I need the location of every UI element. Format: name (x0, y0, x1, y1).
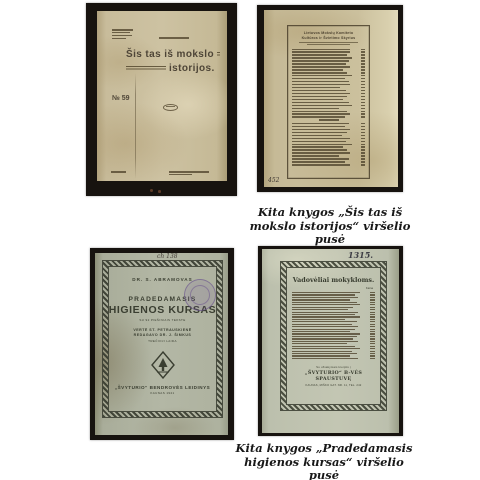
list-separator (319, 119, 339, 120)
booklist-row (292, 66, 365, 68)
booklist-row (292, 135, 365, 137)
booklist-row (292, 99, 365, 101)
booklist-row (292, 319, 375, 320)
title-rule-lines-left (126, 66, 166, 71)
booklist-row (292, 343, 375, 344)
book2-translator: VERTĖ ST. PETRAUSKIENĖ (108, 328, 217, 332)
author-line (159, 37, 189, 40)
scan-book1-front-cover: Šis tas iš mokslo istorijos. № 59 (86, 3, 237, 196)
booklist-row (292, 132, 365, 134)
booklist-row (292, 102, 365, 104)
booklist-row (292, 355, 375, 356)
booklist-row (292, 93, 365, 95)
illegible-text-line (112, 32, 130, 34)
price-note-line (111, 171, 126, 174)
booklist-row (292, 338, 375, 339)
booklist-row (292, 57, 365, 59)
handwritten-number-1315: 1315. (348, 250, 373, 260)
booklist-row (292, 307, 375, 308)
handwritten-note: ch 138 (157, 253, 178, 260)
book1-title-line2: istorijos. (126, 63, 220, 74)
title-rule-lines-right (217, 52, 220, 57)
booklist-row (292, 164, 365, 166)
book1-front-paper: Šis tas iš mokslo istorijos. № 59 (97, 11, 227, 181)
booklist-row (292, 309, 375, 310)
booklist-row (292, 146, 365, 148)
booklist-row (292, 331, 375, 332)
booklist-row (292, 96, 365, 98)
book1-title-text2: istorijos. (169, 63, 215, 74)
book1-title-line1: Šis tas iš mokslo (126, 49, 220, 60)
subheader-line (307, 44, 349, 45)
booklist-row (292, 326, 375, 327)
illegible-text-line (112, 35, 132, 37)
staple-mark (158, 190, 161, 193)
booklist-rows (292, 292, 375, 359)
booklist-row (292, 336, 375, 337)
illegible-text-line (112, 38, 126, 40)
booklist-row (292, 152, 365, 154)
booklist-header: Vadovėliai mokykloms. (286, 276, 381, 284)
booklist-row (292, 312, 375, 313)
booklist-row (292, 149, 365, 151)
booklist-row (292, 63, 365, 65)
booklist-row (292, 90, 365, 92)
booklist-row (292, 346, 375, 347)
scanned-document-page: Šis tas iš mokslo istorijos. № 59 Lietuv… (0, 0, 480, 480)
booklist-row (292, 292, 375, 293)
caption-top-line2: mokslo istorijos“ viršelio pusė (240, 220, 420, 247)
ornamental-frame: DR. S. ABRAMOVAS PRADEDAMASIS HIGIENOS K… (103, 261, 222, 417)
booklist-row (292, 321, 375, 322)
booklist-row (292, 302, 375, 303)
book2-subtitle: SU 92 PIEŠINIAIS TEKSTE (108, 318, 217, 322)
booklist-row (292, 123, 365, 125)
catalog-header-line2: Kultūros ir Švietimo Skyrius (288, 36, 369, 41)
publisher-lines (169, 171, 209, 177)
book2-publisher: „ŠVYTURIO“ BENDROVĖS LEIDINYS (108, 385, 217, 390)
booklist-row (292, 324, 375, 325)
illegible-text-line (169, 174, 192, 176)
book2-editor: REDAGAVO DR. J. ŠIMKUS (108, 333, 217, 337)
contact-line1: Su užsakymais kreiptis į (286, 365, 381, 369)
booklist-row (292, 341, 375, 342)
booklist-row (292, 75, 365, 77)
contact-line2: „ŠVYTURIO“ B-VĖS SPAUSTUVĘ (286, 370, 381, 382)
booklist-row (292, 358, 375, 359)
booklist-row (292, 314, 375, 315)
booklist-row (292, 81, 365, 83)
booklist-row (292, 105, 365, 107)
book1-title-text1: Šis tas iš mokslo (126, 49, 214, 60)
svyturys-logo-icon (151, 351, 175, 379)
booklist-row (292, 141, 365, 143)
booklist-row (292, 353, 375, 354)
catalog-list-section1 (292, 48, 365, 117)
booklist-row (292, 351, 375, 352)
booklist-row (292, 116, 365, 118)
booklist-row (292, 78, 365, 80)
booklist-row (292, 299, 375, 300)
booklist-row (292, 69, 365, 71)
booklist-row (292, 60, 365, 62)
book2-edition: TREČIOJI LAIDA (108, 339, 217, 343)
series-note-lines (112, 29, 133, 41)
illegible-text-line (112, 29, 133, 31)
booklist-row (292, 110, 365, 112)
book2-front-paper: ch 138 DR. S. ABRAMOVAS PRADEDAMASIS HIG… (95, 253, 228, 435)
booklist-row (292, 84, 365, 86)
illegible-text-line (111, 171, 126, 173)
scan-book2-front-cover: ch 138 DR. S. ABRAMOVAS PRADEDAMASIS HIG… (90, 248, 234, 440)
illegible-text-line (169, 171, 209, 173)
booklist-row (292, 348, 375, 349)
booklist-row (292, 72, 365, 74)
booklist-row (292, 126, 365, 128)
booklist-row (292, 297, 375, 298)
caption-top: Kita knygos „Šis tas iš mokslo istorijos… (240, 206, 420, 247)
booklist-row (292, 129, 365, 131)
staple-mark (150, 189, 153, 192)
ornamental-frame: Vadovėliai mokykloms. Kaina Su užsakymai… (281, 262, 386, 410)
catalog-number: № 59 (112, 95, 130, 102)
booklist-row (292, 304, 375, 305)
scan-book1-back-cover: Lietuvos Mokslų Komiteto Kultūros ir Švi… (257, 5, 403, 192)
booklist-row (292, 294, 375, 295)
caption-top-line1: Kita knygos „Šis tas iš (240, 206, 420, 220)
handwritten-number-452: 452 (268, 177, 279, 184)
booklist-row (292, 158, 365, 160)
caption-bottom-line1: Kita knygos „Pradedamasis (234, 442, 414, 456)
contact-line3: KAUNAS, MIŠKO GAT. NR. 11, TEL. 242 (286, 384, 381, 387)
book1-back-paper: Lietuvos Mokslų Komiteto Kultūros ir Švi… (264, 10, 398, 187)
booklist-row (292, 316, 375, 317)
scan-book2-back-cover: 1315. Vadovėliai mokykloms. Kaina Su užs… (258, 246, 403, 436)
catalog-border-box: Lietuvos Mokslų Komiteto Kultūros ir Švi… (287, 25, 370, 179)
booklist-row (292, 333, 375, 334)
subheader-line (299, 42, 359, 43)
book2-city-year: KAUNAS 1921 (108, 391, 217, 395)
booklist-row (292, 329, 375, 330)
booklist-row (292, 161, 365, 163)
booklist-row (292, 87, 365, 89)
booklist-row (292, 138, 365, 140)
booklist-row (292, 108, 365, 110)
caption-bottom: Kita knygos „Pradedamasis higienos kursa… (234, 442, 414, 480)
book2-back-paper: 1315. Vadovėliai mokykloms. Kaina Su užs… (262, 249, 399, 433)
booklist-row (292, 113, 365, 115)
booklist-row (292, 51, 365, 53)
oval-ornament (163, 104, 178, 111)
booklist-row (292, 48, 365, 50)
spine-crease (135, 73, 136, 179)
caption-bottom-line2: higienos kursas“ viršelio pusė (234, 456, 414, 480)
booklist-row (292, 54, 365, 56)
booklist-row (292, 155, 365, 157)
catalog-subheader-lines (288, 42, 369, 45)
illegible-text-line (159, 37, 189, 39)
booklist-row (292, 143, 365, 145)
catalog-list-section2 (292, 123, 365, 166)
price-column-label: Kaina (286, 286, 373, 290)
